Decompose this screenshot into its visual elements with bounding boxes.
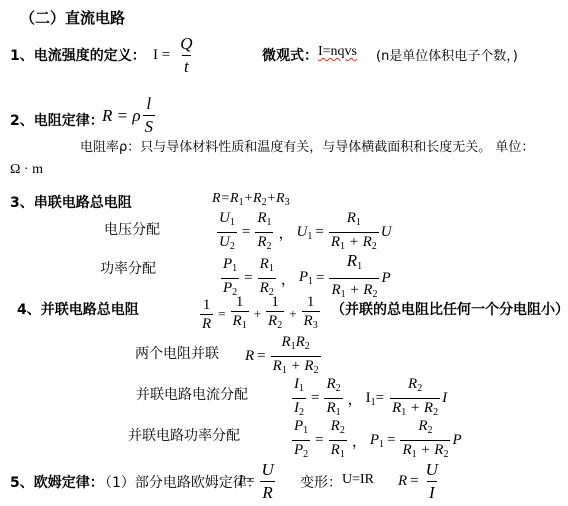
voltage-division-label: 电压分配 bbox=[104, 219, 160, 239]
resistivity-unit: Ω · m bbox=[10, 162, 43, 178]
voltage-division-formula: U1U2 = R1R2 ， U1= R1R1 + R2 U bbox=[215, 210, 392, 255]
item1-label: 1、电流强度的定义： bbox=[10, 45, 146, 65]
item3-label: 3、串联电路总电阻 bbox=[10, 192, 132, 212]
item4-label: 4、并联电路总电阻 bbox=[17, 299, 139, 319]
item1-fraction: Q t bbox=[178, 34, 194, 77]
item2-fraction: l S bbox=[143, 94, 156, 137]
section-title: （二）直流电路 bbox=[20, 7, 125, 28]
micro-formula: I=nqvs bbox=[318, 44, 357, 60]
resistivity-desc: 电阻率ρ：只与导体材料性质和温度有关，与导体横截面积和长度无关。 单位： bbox=[80, 136, 534, 155]
series-total-formula: R=R1+R2+R3 bbox=[212, 191, 290, 208]
item5-label: 5、欧姆定律： bbox=[10, 472, 104, 492]
variant-label: 变形： bbox=[300, 472, 342, 492]
item1-formula: I = Q t bbox=[153, 34, 197, 77]
ohm-partial-label: （1）部分电路欧姆定律： bbox=[98, 472, 261, 492]
two-parallel-formula: R= R1R2R1 + R2 bbox=[245, 334, 323, 379]
item1-lhs: I = bbox=[153, 47, 170, 64]
ohm-formula: I= UR bbox=[238, 460, 278, 503]
parallel-total-formula: 1R = 1R1 + 1R2 + 1R3 bbox=[198, 294, 322, 334]
parallel-power-formula: P1P2 = R2R1 ， P1= R2R1 + R2 P bbox=[290, 418, 462, 463]
power-division-label: 功率分配 bbox=[100, 258, 156, 278]
item2-label: 2、电阻定律： bbox=[10, 110, 104, 130]
ohm-formula-2: R= UI bbox=[398, 460, 442, 503]
two-parallel-label: 两个电阻并联 bbox=[135, 343, 219, 363]
current-division-label: 并联电路电流分配 bbox=[136, 384, 248, 404]
micro-note: (n是单位体积电子个数，) bbox=[376, 45, 518, 64]
parallel-power-label: 并联电路功率分配 bbox=[128, 425, 240, 445]
variant-formula: U=IR bbox=[342, 472, 374, 488]
current-division-formula: I1I2 = R2R1 ， I1= R2R1 + R2 I bbox=[290, 376, 447, 421]
item2-formula: R = ρ l S bbox=[102, 94, 157, 137]
parallel-note: （并联的总电阻比任何一个分电阻小） bbox=[331, 299, 568, 319]
micro-label: 微观式： bbox=[262, 45, 318, 65]
